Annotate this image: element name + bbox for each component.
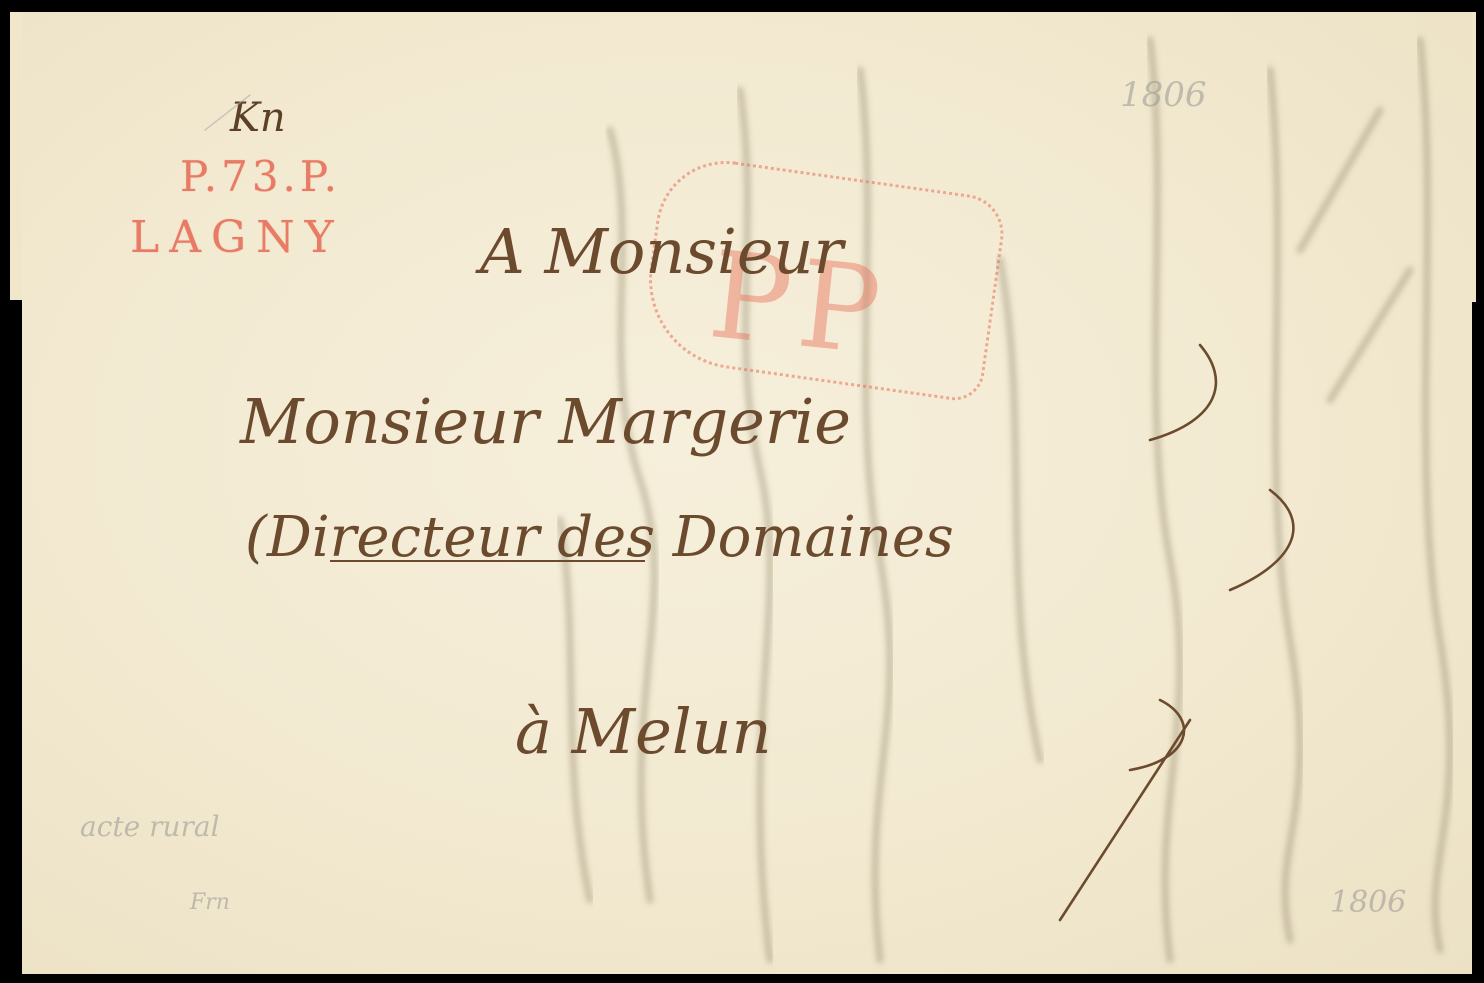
pencil-year-note: 1806 <box>1120 75 1207 115</box>
pencil-note-tax: Frn <box>190 890 230 915</box>
pencil-note-left: acte rural <box>80 810 220 843</box>
ink-flourishes <box>0 0 1484 983</box>
pencil-note-bottom-right: 1806 <box>1330 885 1406 920</box>
